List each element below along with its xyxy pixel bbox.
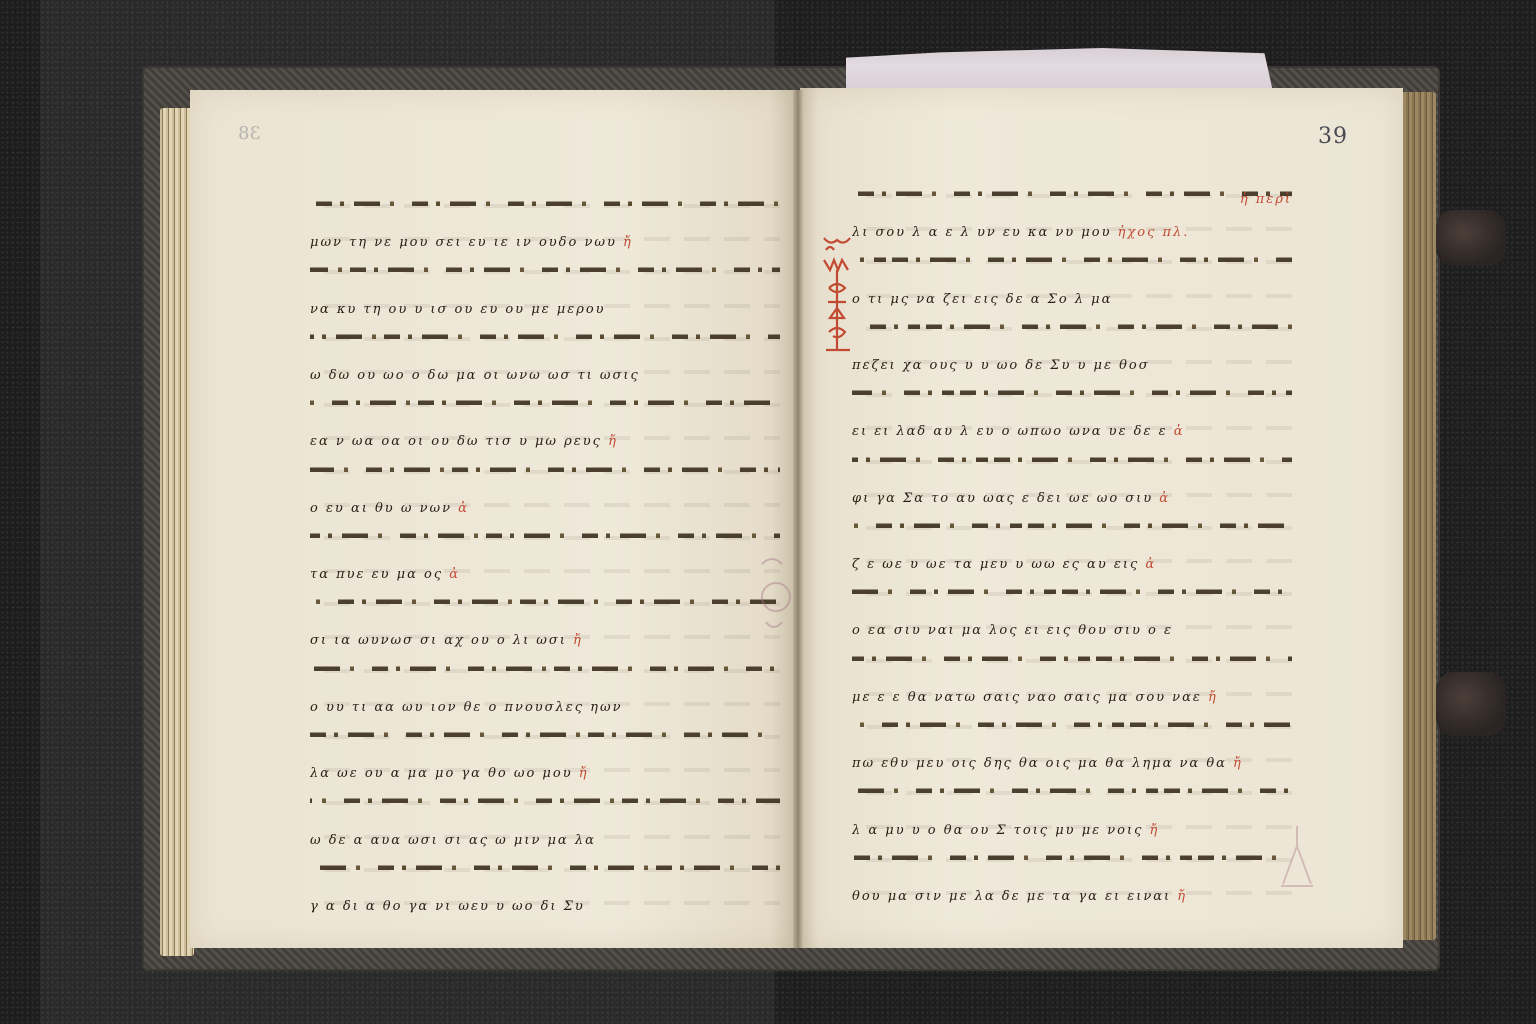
text-line: θου μα σιν με λα δε με τα γα ει ειναι ἤ	[852, 877, 1292, 910]
neume-notation	[852, 385, 1292, 399]
lyric-text: ω δε α αυα ωσι σι ας ω μιν μα λα	[310, 833, 780, 848]
right-page-edges	[1400, 92, 1436, 940]
neume-line	[310, 787, 780, 820]
lyric-text: ο τι μς να ζει εις δε α Σο λ μα	[852, 292, 1292, 307]
neume-line	[852, 512, 1292, 545]
red-initial-ornament-icon	[820, 232, 854, 357]
rubric: ἀ	[1168, 424, 1185, 439]
text-line: εα ν ωα οα οι ου δω τισ υ μω ρευς ἤ	[310, 422, 780, 455]
text-line: πω εθυ μευ οις δης θα οις μα θα λημα να …	[852, 744, 1292, 777]
text-line: ει ει λαδ αυ λ ευ ο ωπωο ωνα υε δε ε ἀ	[852, 412, 1292, 445]
rubric: ἤ	[602, 434, 618, 449]
lyric-text: μων τη νε μου σει ευ ιε ιν ουδο νωυ ἤ	[310, 235, 780, 250]
rubric: ἦ περὶ	[1240, 192, 1292, 207]
lyric-text: να κυ τη ου υ ισ ου ευ ου με μερου	[310, 302, 780, 317]
rubric: ἤ	[1143, 823, 1159, 838]
lyric-text: ει ει λαδ αυ λ ευ ο ωπωο ωνα υε δε ε ἀ	[852, 424, 1292, 439]
lyric-text: πω εθυ μευ οις δης θα οις μα θα λημα να …	[852, 756, 1292, 771]
neume-notation	[852, 717, 1292, 731]
text-line: ζ ε ωε υ ωε τα μευ υ ωω ες αυ εις ἀ	[852, 545, 1292, 578]
text-line: ω δω ου ωο ο δω μα οι ωνω ωσ τι ωσις	[310, 356, 780, 389]
neume-notation	[852, 850, 1292, 864]
text-line: να κυ τη ου υ ισ ου ευ ου με μερου	[310, 290, 780, 323]
neume-line	[310, 655, 780, 688]
text-line: τα πυε ευ μα ος ἀ	[310, 555, 780, 588]
rubric: ἀ	[1139, 557, 1156, 572]
neume-line	[852, 446, 1292, 479]
neume-notation	[852, 452, 1292, 466]
neume-notation	[852, 584, 1292, 598]
rubric: ἤ	[1227, 756, 1243, 771]
offset-stamp-right	[1277, 822, 1317, 892]
lyric-text: ο εα σιυ ναι μα λος ει εις θου σιυ ο ε	[852, 623, 1292, 638]
neume-notation	[310, 793, 780, 807]
text-line: λ α μυ υ ο θα ου Σ τοις μυ με νοις ἤ	[852, 811, 1292, 844]
lyric-text: γ α δι α θο γα νι ωευ υ ωο δι Συ	[310, 899, 780, 914]
neume-notation	[852, 319, 1292, 333]
right-page-text-block: ἦ περὶλι σου λ α ε λ υν ευ κα νυ μου ἦχο…	[852, 180, 1292, 910]
lyric-text: ω δω ου ωο ο δω μα οι ωνω ωσ τι ωσις	[310, 368, 780, 383]
text-line: λι σου λ α ε λ υν ευ κα νυ μου ἦχος πλ.	[852, 213, 1292, 246]
neume-line	[310, 522, 780, 555]
rubric: ἀ	[443, 567, 460, 582]
text-line: ο ευ αι θυ ω νων ἀ	[310, 489, 780, 522]
neume-line	[852, 711, 1292, 744]
rubric: ἤ	[1202, 690, 1218, 705]
neume-notation	[310, 395, 780, 409]
neume-notation	[852, 651, 1292, 665]
left-page-edges	[160, 108, 194, 956]
clasp-bottom	[1436, 672, 1506, 736]
neume-line	[310, 256, 780, 289]
neume-line	[852, 777, 1292, 810]
rubric: ἤ	[567, 633, 583, 648]
lyric-text: θου μα σιν με λα δε με τα γα ει ειναι ἤ	[852, 889, 1292, 904]
neume-line	[310, 190, 780, 223]
neume-line	[852, 246, 1292, 279]
neume-line	[852, 645, 1292, 678]
text-line: σι ια ωυνωσ σι αχ ου ο λι ωσι ἤ	[310, 621, 780, 654]
neume-notation	[310, 860, 780, 874]
neume-notation	[310, 594, 780, 608]
lyric-text: σι ια ωυνωσ σι αχ ου ο λι ωσι ἤ	[310, 633, 780, 648]
offset-stamp-left	[752, 552, 794, 642]
neume-line: ἦ περὶ	[852, 180, 1292, 213]
lyric-text: φι γα Σα το αυ ωας ε δει ωε ωο σιυ ἀ	[852, 491, 1292, 506]
neume-line	[310, 721, 780, 754]
text-line: ο τι μς να ζει εις δε α Σο λ μα	[852, 280, 1292, 313]
rubric: ἤ	[617, 235, 633, 250]
text-line: λα ωε ου α μα μο γα θο ωο μου ἤ	[310, 754, 780, 787]
text-line: μων τη νε μου σει ευ ιε ιν ουδο νωυ ἤ	[310, 223, 780, 256]
neume-notation	[310, 661, 780, 675]
lyric-text: λ α μυ υ ο θα ου Σ τοις μυ με νοις ἤ	[852, 823, 1292, 838]
lyric-text: πεζει χα ους υ υ ωο δε Συ υ με θοσ	[852, 358, 1292, 373]
lyric-text: ζ ε ωε υ ωε τα μευ υ ωω ες αυ εις ἀ	[852, 557, 1292, 572]
left-page-text-block: μων τη νε μου σει ευ ιε ιν ουδο νωυ ἤνα …	[310, 190, 780, 920]
lyric-text: λα ωε ου α μα μο γα θο ωο μου ἤ	[310, 766, 780, 781]
text-line: με ε ε θα νατω σαις ναο σαις μα σου ναε …	[852, 678, 1292, 711]
neume-notation	[310, 329, 780, 343]
neume-line	[852, 578, 1292, 611]
text-line: φι γα Σα το αυ ωας ε δει ωε ωο σιυ ἀ	[852, 479, 1292, 512]
neume-line	[852, 313, 1292, 346]
text-line: ω δε α αυα ωσι σι ας ω μιν μα λα	[310, 821, 780, 854]
text-line: ο υυ τι αα ωυ ιον θε ο πνουσλες ηων	[310, 688, 780, 721]
neume-notation	[852, 252, 1292, 266]
neume-notation	[310, 262, 780, 276]
neume-line	[310, 588, 780, 621]
offset-folio-number: 38	[238, 123, 261, 144]
lyric-text: ο ευ αι θυ ω νων ἀ	[310, 501, 780, 516]
neume-notation	[310, 727, 780, 741]
rubric: ἀ	[1153, 491, 1170, 506]
text-line: ο εα σιυ ναι μα λος ει εις θου σιυ ο ε	[852, 611, 1292, 644]
rubric: ἦχος πλ.	[1111, 225, 1189, 240]
neume-line	[310, 323, 780, 356]
text-line: πεζει χα ους υ υ ωο δε Συ υ με θοσ	[852, 346, 1292, 379]
neume-notation	[310, 528, 780, 542]
neume-line	[310, 456, 780, 489]
folio-number: 39	[1318, 124, 1348, 149]
neume-notation	[852, 518, 1292, 532]
lyric-text: τα πυε ευ μα ος ἀ	[310, 567, 780, 582]
neume-line	[310, 389, 780, 422]
neume-line	[852, 844, 1292, 877]
text-line: γ α δι α θο γα νι ωευ υ ωο δι Συ	[310, 887, 780, 920]
rubric: ἤ	[1171, 889, 1187, 904]
neume-notation	[852, 783, 1292, 797]
neume-notation	[310, 196, 780, 210]
clasp-top	[1436, 210, 1506, 266]
neume-line	[852, 379, 1292, 412]
rubric: ἀ	[452, 501, 469, 516]
lyric-text: με ε ε θα νατω σαις ναο σαις μα σου ναε …	[852, 690, 1292, 705]
lyric-text: λι σου λ α ε λ υν ευ κα νυ μου ἦχος πλ.	[852, 225, 1292, 240]
neume-notation	[310, 462, 780, 476]
rubric: ἤ	[573, 766, 589, 781]
lyric-text: ο υυ τι αα ωυ ιον θε ο πνουσλες ηων	[310, 700, 780, 715]
gutter	[793, 90, 803, 948]
lyric-text: εα ν ωα οα οι ου δω τισ υ μω ρευς ἤ	[310, 434, 780, 449]
neume-line	[310, 854, 780, 887]
bookmark-slip	[846, 48, 1273, 92]
